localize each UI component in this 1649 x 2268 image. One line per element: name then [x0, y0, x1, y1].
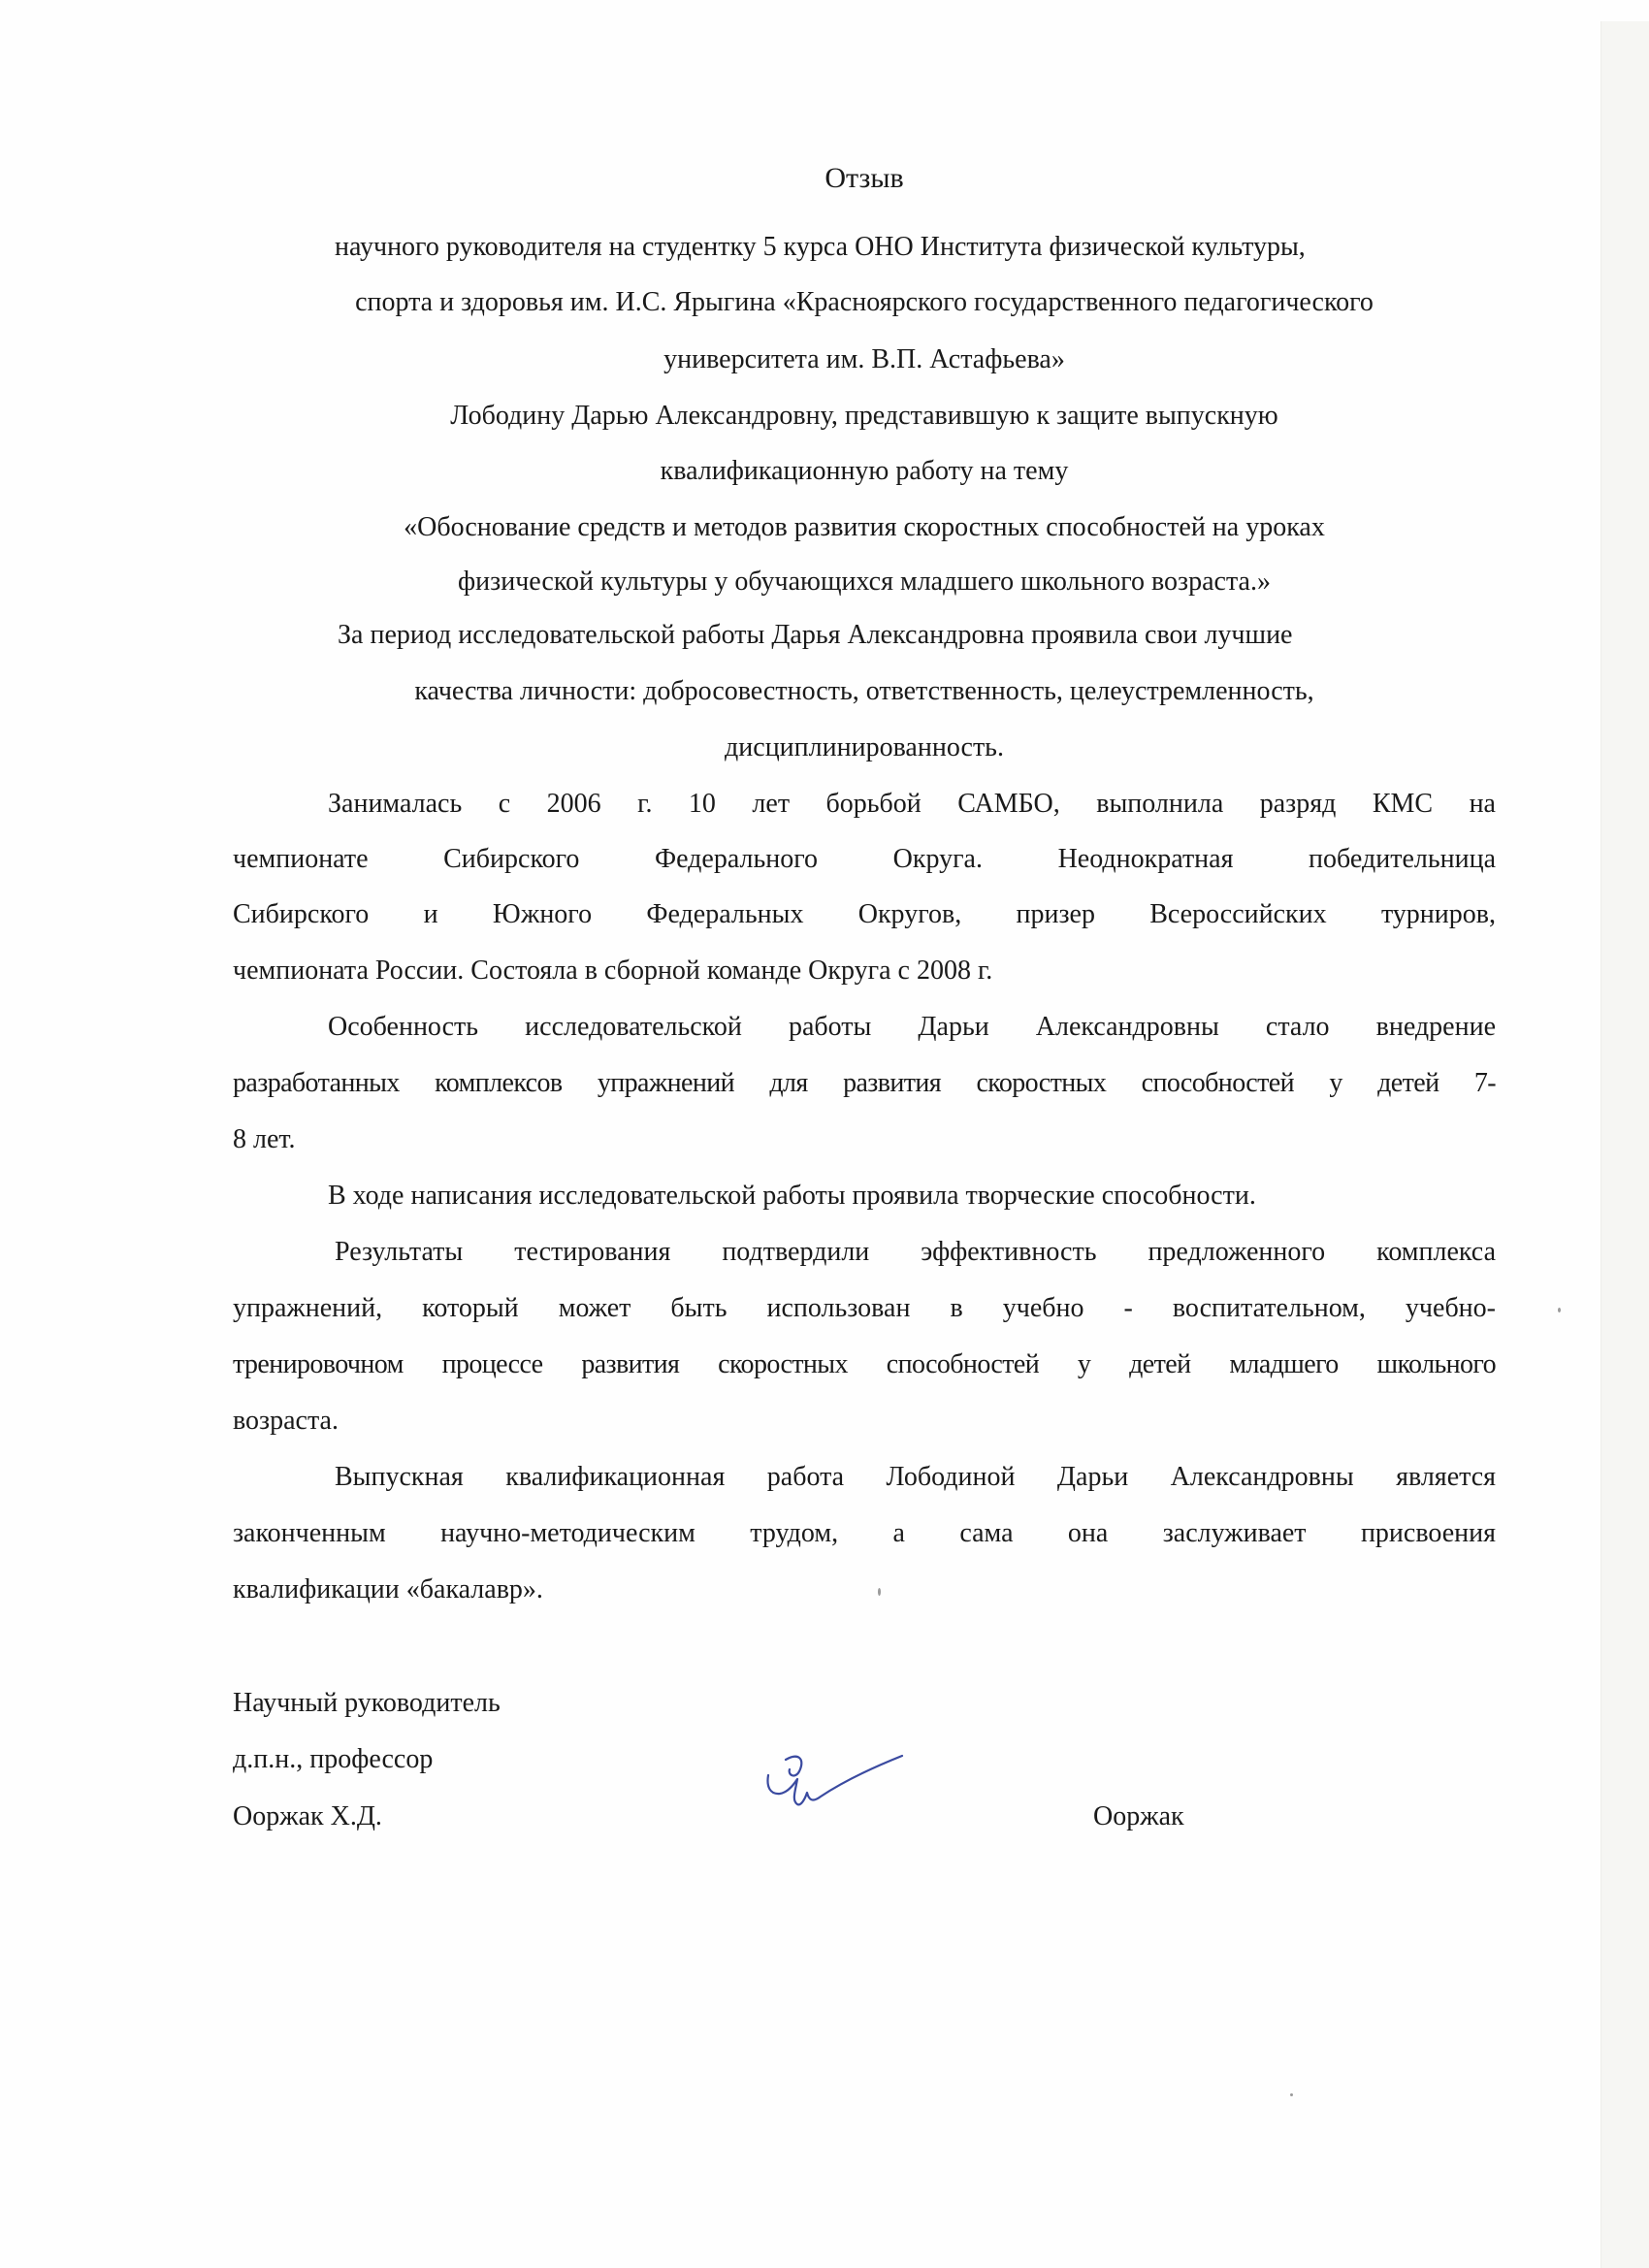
paragraph-4-line-2: упражнений, который может быть использов…: [233, 1293, 1496, 1324]
header-line-5: квалификационную работу на тему: [233, 456, 1496, 487]
document-page: Отзыв научного руководителя на студентку…: [0, 0, 1649, 2268]
paragraph-2-line-1: Особенность исследовательской работы Дар…: [328, 1012, 1496, 1043]
paragraph-2-line-2: разработанных комплексов упражнений для …: [233, 1068, 1496, 1099]
paragraph-5-line-2: законченным научно-методическим трудом, …: [233, 1518, 1496, 1549]
qualities-line-2: качества личности: добросовестность, отв…: [233, 676, 1496, 707]
paragraph-1-line-2: чемпионате Сибирского Федерального Округ…: [233, 844, 1496, 875]
scan-speck: [1290, 2093, 1293, 2096]
paragraph-3-line-1: В ходе написания исследовательской работ…: [328, 1181, 1256, 1212]
signature-transcript: Ооржак: [1093, 1801, 1184, 1832]
scan-speck: [1558, 1308, 1561, 1312]
signer-role: Научный руководитель: [233, 1688, 501, 1719]
header-line-1: научного руководителя на студентку 5 кур…: [335, 232, 1306, 263]
thesis-topic-line-2: физической культуры у обучающихся младше…: [233, 567, 1496, 598]
paragraph-4-line-1: Результаты тестирования подтвердили эффе…: [335, 1237, 1496, 1268]
qualities-line-1: За период исследовательской работы Дарья…: [338, 620, 1292, 651]
signer-name: Ооржак Х.Д.: [233, 1801, 382, 1832]
paragraph-4-line-3: тренировочном процессе развития скоростн…: [233, 1349, 1496, 1380]
header-line-3: университета им. В.П. Астафьева»: [233, 344, 1496, 375]
document-title: Отзыв: [233, 162, 1496, 195]
scan-edge-strip: [1600, 21, 1649, 2268]
paragraph-2-line-3: 8 лет.: [233, 1124, 296, 1155]
paragraph-4-line-4: возраста.: [233, 1406, 339, 1437]
paragraph-1-line-4: чемпионата России. Состояла в сборной ко…: [233, 956, 992, 987]
student-name-line: Лободину Дарью Александровну, представив…: [233, 401, 1496, 432]
thesis-topic-line-1: «Обоснование средств и методов развития …: [233, 512, 1496, 543]
header-line-2: спорта и здоровья им. И.С. Ярыгина «Крас…: [233, 287, 1496, 318]
scan-speck: [878, 1588, 881, 1596]
signer-degree: д.п.н., профессор: [233, 1744, 433, 1775]
handwritten-signature-icon: [757, 1746, 912, 1814]
paragraph-5-line-3: квалификации «бакалавр».: [233, 1574, 543, 1605]
paragraph-1-line-3: Сибирского и Южного Федеральных Округов,…: [233, 899, 1496, 930]
qualities-line-3: дисциплинированность.: [233, 732, 1496, 763]
paragraph-1-line-1: Занималась с 2006 г. 10 лет борьбой САМБ…: [328, 789, 1496, 820]
paragraph-5-line-1: Выпускная квалификационная работа Лободи…: [335, 1462, 1496, 1493]
